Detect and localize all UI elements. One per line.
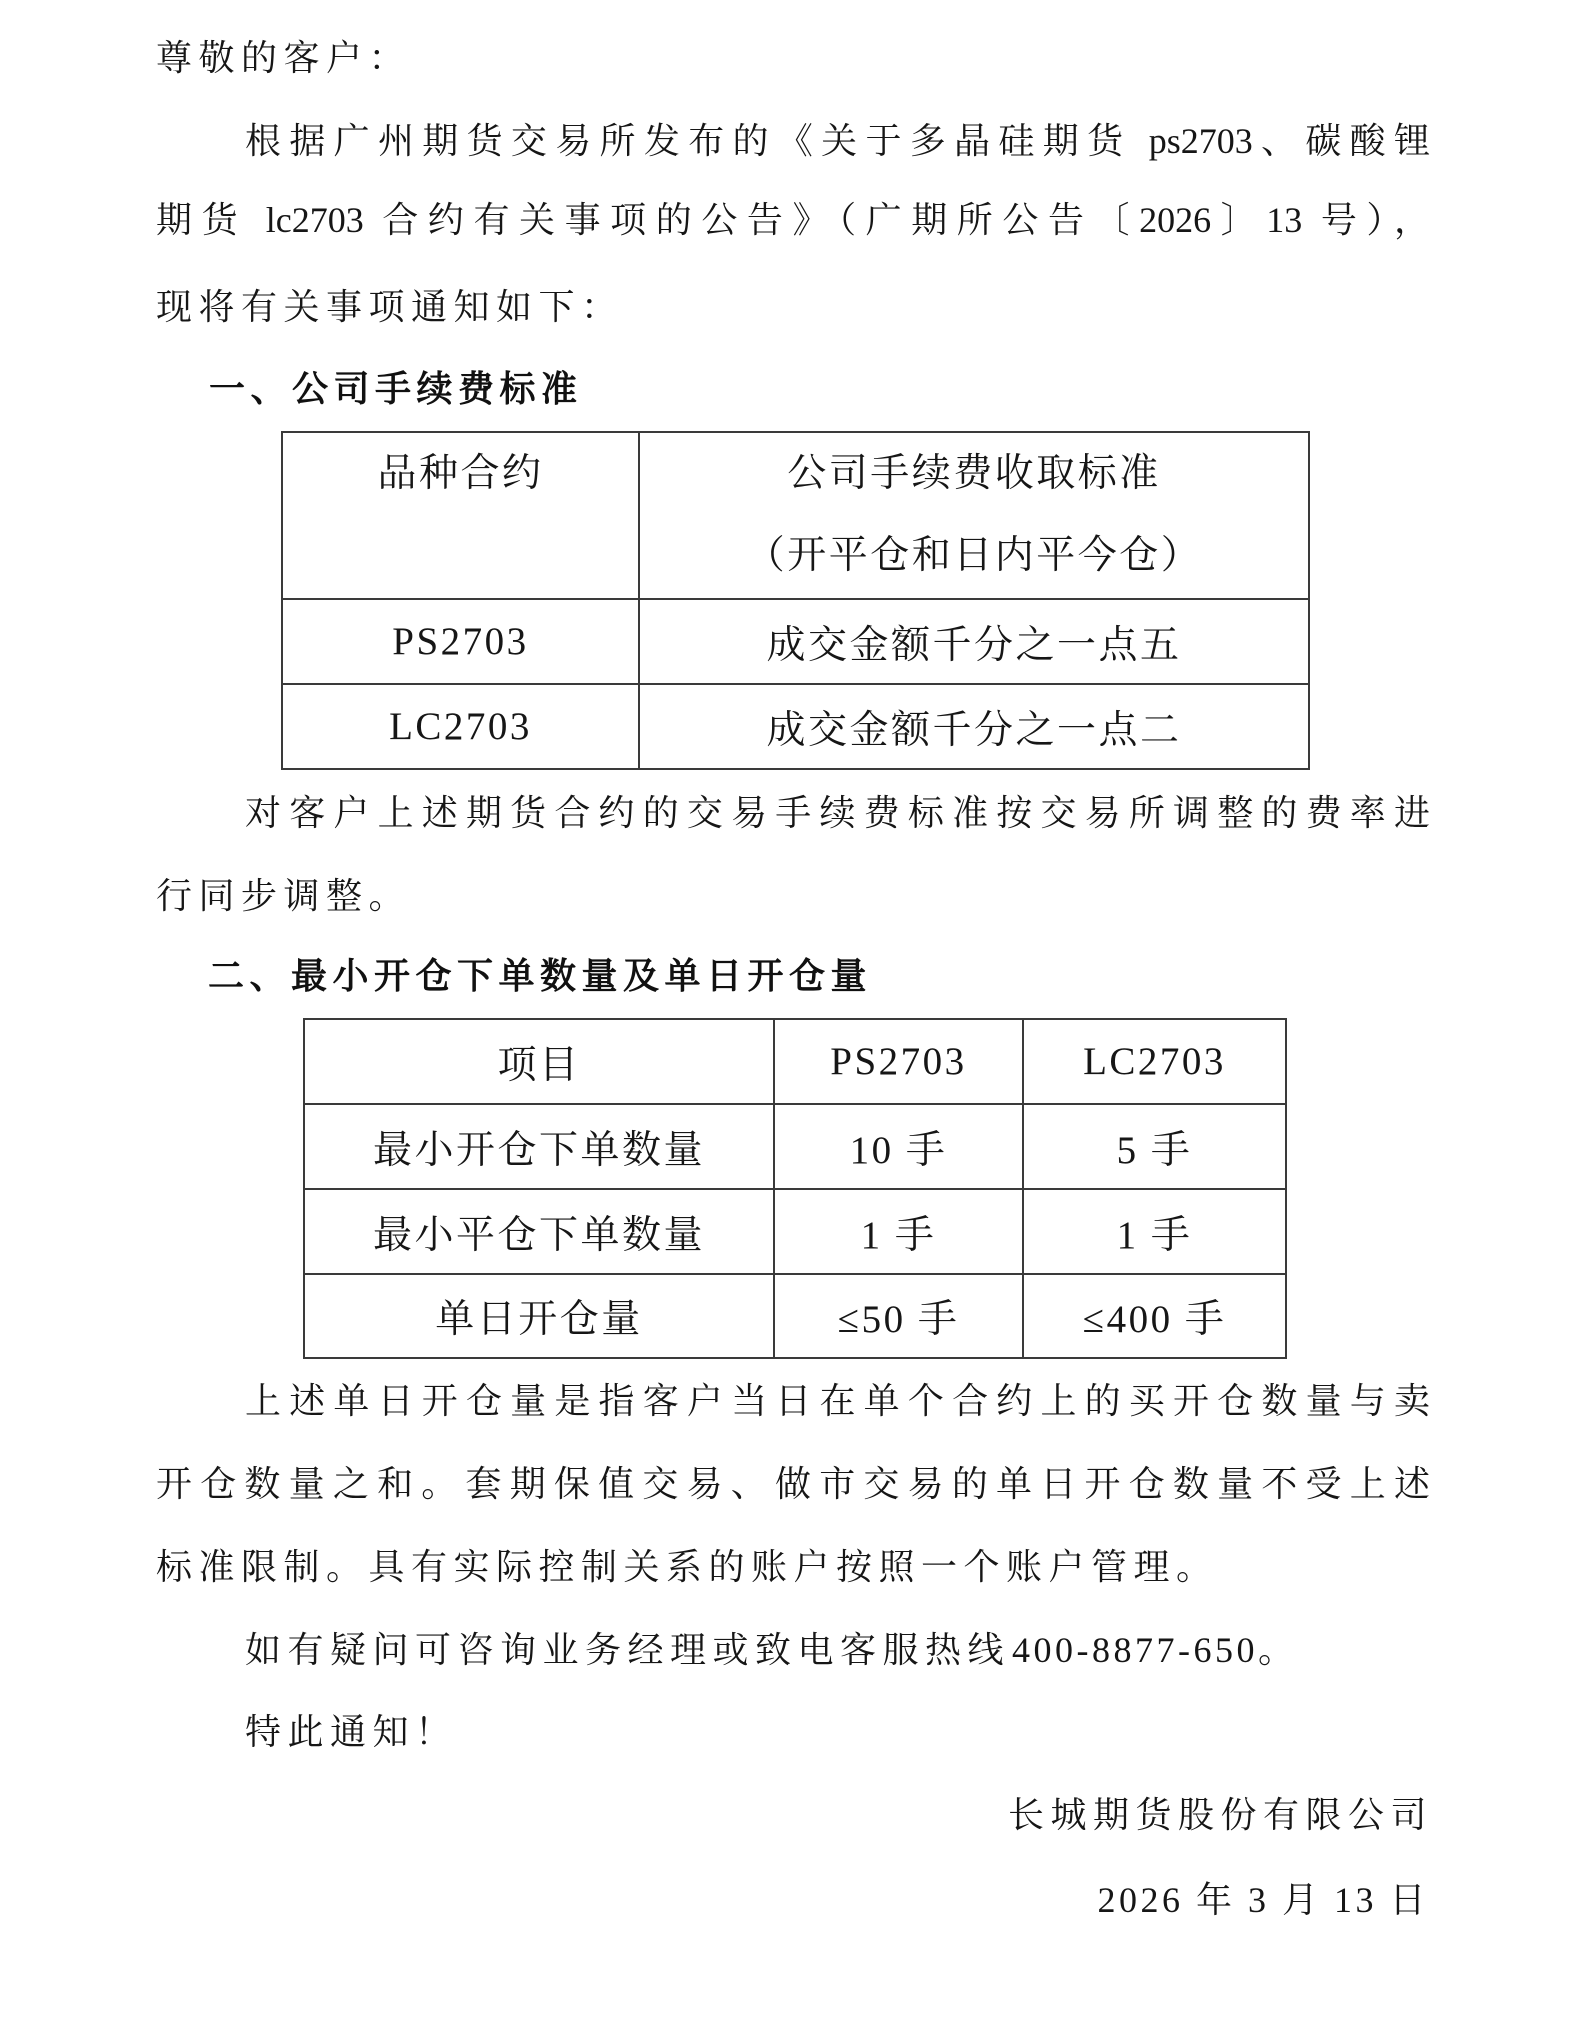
ps2703-cell: 1 手 xyxy=(774,1189,1023,1274)
ps2703-cell: ≤50 手 xyxy=(774,1274,1023,1358)
contact-text: 如有疑问可咨询业务经理或致电客服热线 xyxy=(245,1630,1010,1670)
contact-end: 。 xyxy=(1258,1630,1301,1670)
section-1-note-line-2: 行同步调整。 xyxy=(156,866,411,926)
contract-cell: PS2703 xyxy=(282,599,639,684)
fee-table-header-contract: 品种合约 xyxy=(282,432,639,599)
section-2-note-line-3: 标准限制。具有实际控制关系的账户按照一个账户管理。 xyxy=(156,1537,1219,1597)
header-lc2703: LC2703 xyxy=(1023,1019,1286,1104)
lc2703-cell: ≤400 手 xyxy=(1023,1274,1286,1358)
fee-cell: 成交金额千分之一点二 xyxy=(639,684,1309,769)
section-1-note-line-1: 对客户上述期货合约的交易手续费标准按交易所调整的费率进 xyxy=(245,783,1430,843)
section-2-note-line-2: 开仓数量之和。套期保值交易、做市交易的单日开仓数量不受上述 xyxy=(156,1454,1430,1514)
fee-table: 品种合约 公司手续费收取标准 （开平仓和日内平今仓） PS2703 成交金额千分… xyxy=(281,431,1310,770)
order-limit-table: 项目 PS2703 LC2703 最小开仓下单数量 10 手 5 手 最小平仓下… xyxy=(303,1018,1287,1359)
section-2-heading: 二、最小开仓下单数量及单日开仓量 xyxy=(208,947,872,1007)
intro-line-1: 根据广州期货交易所发布的《关于多晶硅期货 ps2703、碳酸锂 xyxy=(245,111,1430,171)
closing: 特此通知！ xyxy=(245,1702,458,1762)
notice-document: 尊敬的客户： 根据广州期货交易所发布的《关于多晶硅期货 ps2703、碳酸锂 期… xyxy=(0,0,1587,2022)
header-label: 公司手续费收取标准 xyxy=(640,433,1308,515)
header-item: 项目 xyxy=(304,1019,774,1104)
intro-line-2: 期货 lc2703 合约有关事项的公告》（广期所公告〔2026〕13 号）， xyxy=(156,190,1430,250)
table-row: PS2703 成交金额千分之一点五 xyxy=(282,599,1309,684)
lc2703-cell: 5 手 xyxy=(1023,1104,1286,1189)
section-2-note-line-1: 上述单日开仓量是指客户当日在单个合约上的买开仓数量与卖 xyxy=(245,1371,1430,1431)
company-signature: 长城期货股份有限公司 xyxy=(1008,1785,1433,1845)
item-cell: 单日开仓量 xyxy=(304,1274,774,1358)
ps2703-cell: 10 手 xyxy=(774,1104,1023,1189)
contract-cell: LC2703 xyxy=(282,684,639,769)
greeting: 尊敬的客户： xyxy=(156,28,411,88)
limit-table-header-row: 项目 PS2703 LC2703 xyxy=(304,1019,1286,1104)
fee-table-header-row: 品种合约 公司手续费收取标准 （开平仓和日内平今仓） xyxy=(282,432,1309,599)
section-1-heading: 一、公司手续费标准 xyxy=(209,360,583,420)
table-row: 单日开仓量 ≤50 手 ≤400 手 xyxy=(304,1274,1286,1358)
fee-cell: 成交金额千分之一点五 xyxy=(639,599,1309,684)
item-cell: 最小开仓下单数量 xyxy=(304,1104,774,1189)
table-row: 最小开仓下单数量 10 手 5 手 xyxy=(304,1104,1286,1189)
contact-line: 如有疑问可咨询业务经理或致电客服热线400-8877-650。 xyxy=(245,1620,1301,1680)
table-row: LC2703 成交金额千分之一点二 xyxy=(282,684,1309,769)
signature-date: 2026 年 3 月 13 日 xyxy=(1097,1870,1429,1930)
hotline-number: 400-8877-650 xyxy=(1012,1630,1258,1670)
fee-table-header-fee: 公司手续费收取标准 （开平仓和日内平今仓） xyxy=(639,432,1309,599)
item-cell: 最小平仓下单数量 xyxy=(304,1189,774,1274)
intro-line-3: 现将有关事项通知如下： xyxy=(156,277,624,337)
header-ps2703: PS2703 xyxy=(774,1019,1023,1104)
header-label: 品种合约 xyxy=(283,433,638,515)
lc2703-cell: 1 手 xyxy=(1023,1189,1286,1274)
header-sublabel: （开平仓和日内平今仓） xyxy=(640,515,1308,597)
table-row: 最小平仓下单数量 1 手 1 手 xyxy=(304,1189,1286,1274)
